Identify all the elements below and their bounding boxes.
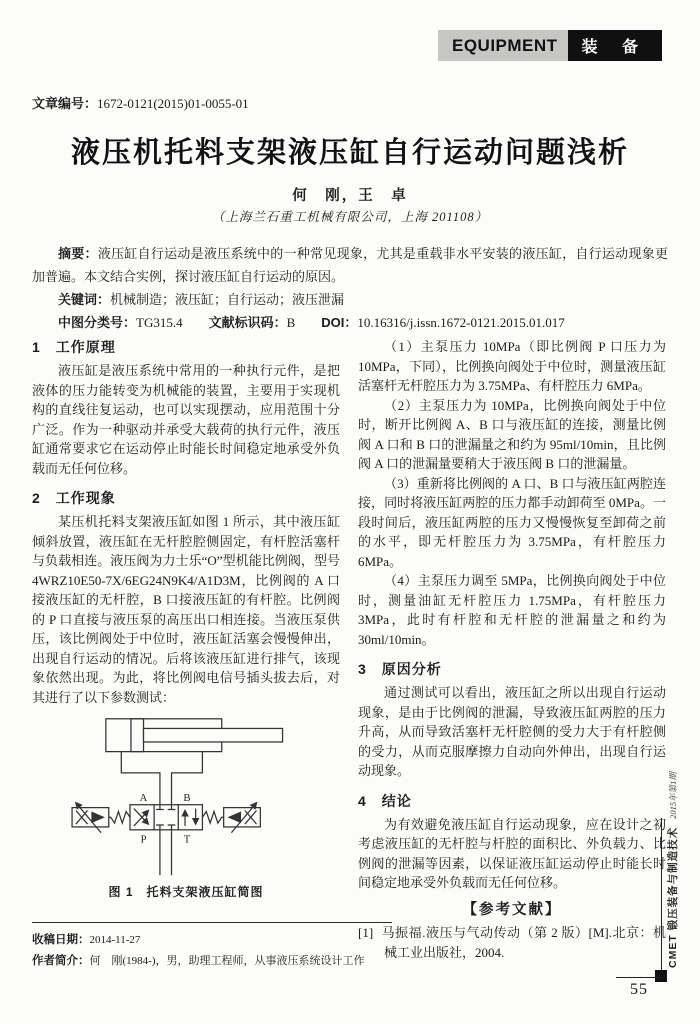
doc-code-label: 文献标识码： <box>209 315 287 330</box>
right-column: （1）主泵压力 10MPa（即比例阀 P 口压力为 10MPa，下同），比例换向… <box>358 337 666 962</box>
port-b-label: B <box>183 793 190 804</box>
badge-zhuangbei-label: 装 备 <box>568 30 662 61</box>
sidebar-square-marker <box>655 970 667 982</box>
reference-item: [1]马振福.液压与气动传动（第 2 版）[M].北京：机械工业出版社，2004… <box>358 923 666 962</box>
journal-issue: 2015年第1期 <box>667 772 679 819</box>
page-number-rule <box>616 977 662 978</box>
classification-line: 中图分类号：TG315.4文献标识码：BDOI：10.16316/j.issn.… <box>32 311 668 334</box>
received-date-value: 2014-11-27 <box>90 934 141 946</box>
section-2-heading: 2 工作现象 <box>32 488 340 508</box>
port-p-label: P <box>141 834 147 845</box>
solenoid-right <box>224 803 261 833</box>
reference-text: 马振福.液压与气动传动（第 2 版）[M].北京：机械工业出版社，2004. <box>381 925 666 960</box>
section-4-paragraph: 为有效避免液压缸自行运动现象，应在设计之初考虑液压缸的无杆腔与杆腔的面积比、外负… <box>358 815 666 893</box>
received-date-label: 收稿日期： <box>32 934 90 946</box>
author-bio-line: 作者简介：何 刚(1984-)，男，助理工程师，从事液压系统设计工作 <box>32 951 392 972</box>
doc-code-value: B <box>287 315 296 330</box>
received-date-line: 收稿日期：2014-11-27 <box>32 930 392 951</box>
section-badge: EQUIPMENT 装 备 <box>438 30 662 61</box>
section-4-heading: 4 结论 <box>358 791 666 811</box>
valve-crossed-arrow <box>134 811 148 826</box>
page-number: 55 <box>630 981 648 999</box>
test-item-3: （3）重新将比例阀的 A 口、B 口与液压缸两腔连接，同时将液压缸两腔的压力都手… <box>358 474 666 572</box>
solenoid-left <box>72 803 109 833</box>
valve-crossed-arrow <box>134 809 148 824</box>
sidebar-rule <box>661 818 662 976</box>
affiliation: （上海兰石重工机械有限公司，上海 201108） <box>0 207 700 225</box>
footnote-block: 收稿日期：2014-11-27 作者简介：何 刚(1984-)，男，助理工程师，… <box>32 922 392 972</box>
spring-right <box>202 811 223 823</box>
authors: 何 刚，王 卓 <box>0 184 700 205</box>
port-t-label: T <box>184 834 191 845</box>
badge-equipment-label: EQUIPMENT <box>438 30 568 61</box>
journal-sidebar-text: CMET 锻压装备与制造技术 2015年第1期 <box>665 772 680 968</box>
journal-page: EQUIPMENT 装 备 文章编号：1672-0121(2015)01-005… <box>0 0 700 1024</box>
port-a-label: A <box>140 793 148 804</box>
clc-value: TG315.4 <box>136 315 183 330</box>
keywords-text: 机械制造；液压缸；自行运动；液压泄漏 <box>110 292 344 307</box>
author-bio-label: 作者简介： <box>32 955 90 967</box>
cylinder-piston <box>131 719 144 752</box>
left-column: 1 工作原理 液压缸是液压系统中常用的一种执行元件，是把液体的压力能转变为机械能… <box>32 337 340 903</box>
section-2-paragraph: 某压机托料支架液压缸如图 1 所示，其中液压缸倾斜放置，液压缸在无杆腔腔侧固定，… <box>32 512 340 707</box>
section-1-heading: 1 工作原理 <box>32 337 340 357</box>
article-number-value: 1672-0121(2015)01-0055-01 <box>97 96 249 111</box>
test-item-4: （4）主泵压力调至 5MPa，比例换向阀处于中位时，测量油缸无杆腔压力 1.75… <box>358 571 666 649</box>
abstract-text: 液压缸自行运动是液压系统中的一种常见现象，尤其是重载非水平安装的液压缸，自行运动… <box>32 246 668 284</box>
clc-label: 中图分类号： <box>58 315 136 330</box>
figure-1-caption: 图 1 托料支架液压缸简图 <box>32 883 340 903</box>
journal-name: CMET 锻压装备与制造技术 <box>665 827 680 968</box>
abstract: 摘要：液压缸自行运动是液压系统中的一种常见现象，尤其是重载非水平安装的液压缸，自… <box>32 242 668 288</box>
article-number-label: 文章编号： <box>32 96 97 111</box>
abstract-label: 摘要： <box>58 246 98 261</box>
valve-closed-center <box>156 805 175 830</box>
article-number: 文章编号：1672-0121(2015)01-0055-01 <box>32 93 249 112</box>
meta-block: 摘要：液压缸自行运动是液压系统中的一种常见现象，尤其是重载非水平安装的液压缸，自… <box>32 242 668 334</box>
keywords: 关键词：机械制造；液压缸；自行运动；液压泄漏 <box>32 288 668 311</box>
keywords-label: 关键词： <box>58 292 110 307</box>
doi-value: 10.16316/j.issn.1672-0121.2015.01.017 <box>357 315 564 330</box>
hydraulic-circuit-diagram: A B P T <box>36 713 336 881</box>
references-heading: 【参考文献】 <box>358 901 666 921</box>
piston-rod <box>144 728 283 742</box>
section-3-heading: 3 原因分析 <box>358 659 666 679</box>
author-bio-value: 何 刚(1984-)，男，助理工程师，从事液压系统设计工作 <box>90 955 365 967</box>
section-3-paragraph: 通过测试可以看出，液压缸之所以出现自行运动现象，是由于比例阀的泄漏，导致液压缸两… <box>358 683 666 781</box>
doi-label: DOI： <box>321 315 357 330</box>
test-item-1: （1）主泵压力 10MPa（即比例阀 P 口压力为 10MPa，下同），比例换向… <box>358 337 666 396</box>
figure-1: A B P T 图 1 托料支架液压缸简图 <box>32 713 340 903</box>
section-1-paragraph: 液压缸是液压系统中常用的一种执行元件，是把液体的压力能转变为机械能的装置，主要用… <box>32 361 340 478</box>
page-title: 液压机托料支架液压缸自行运动问题浅析 <box>0 130 700 171</box>
spring-left <box>109 811 130 823</box>
test-item-2: （2）主泵压力为 10MPa，比例换向阀处于中位时，断开比例阀 A、B 口与液压… <box>358 396 666 474</box>
valve-body <box>130 805 202 830</box>
